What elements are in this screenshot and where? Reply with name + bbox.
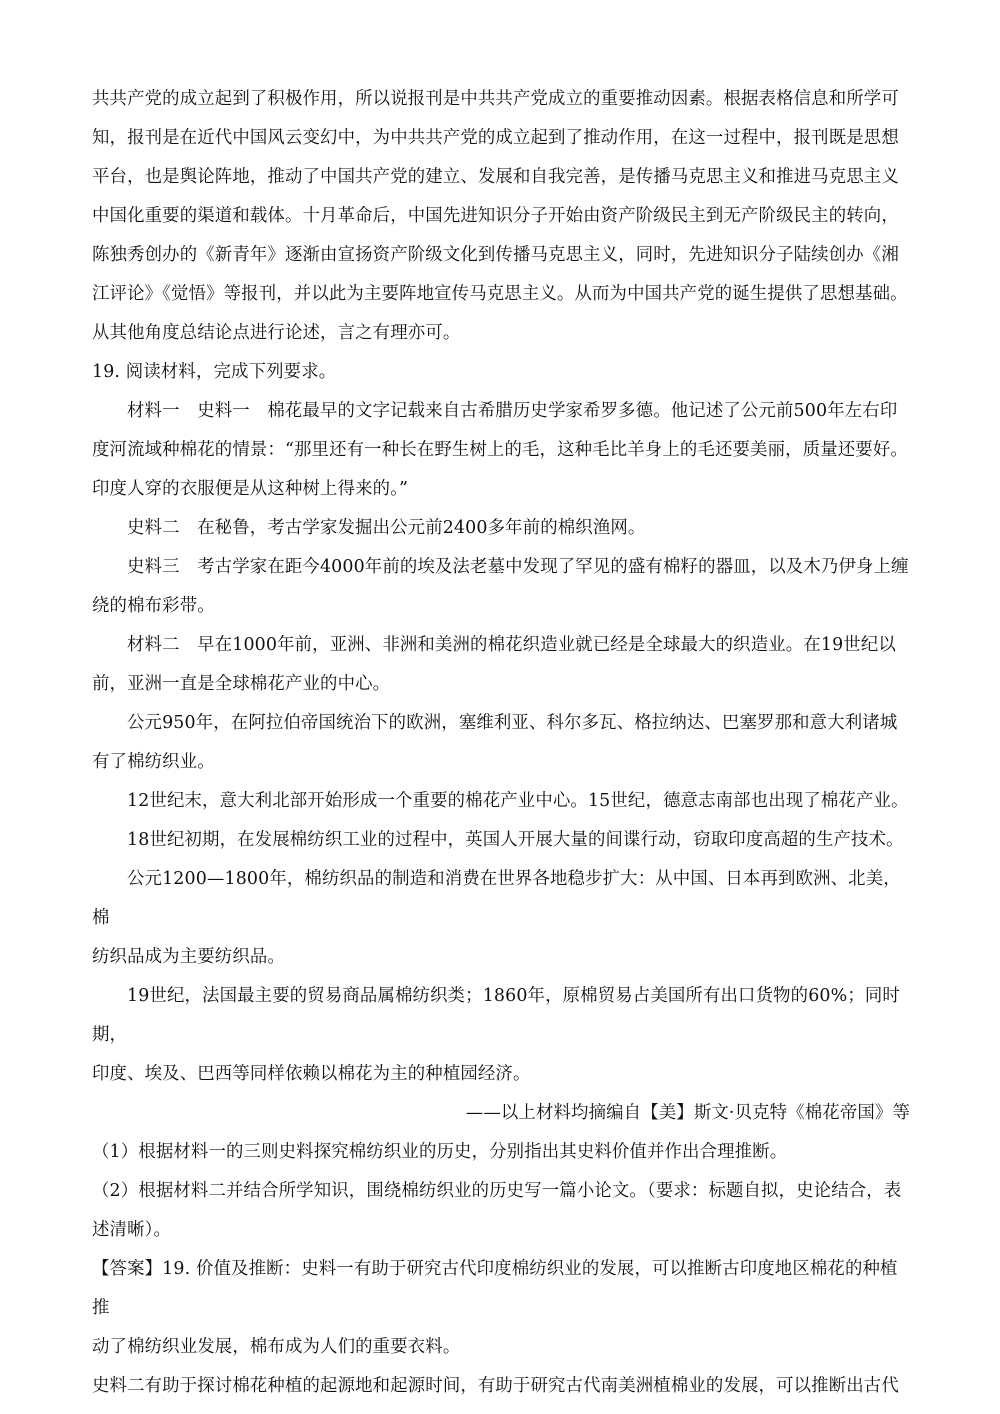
material-two: 材料二 早在1000年前，亚洲、非洲和美洲的棉花织造业就已经是全球最大的织造业。…	[92, 626, 910, 1094]
answer-tag: 【答案】	[92, 1259, 162, 1279]
material-two-para1-line: 前，亚洲一直是全球棉花产业的中心。	[92, 665, 910, 704]
material-two-para5-line: 公元1200—1800年，棉纺织品的制造和消费在世界各地稳步扩大：从中国、日本再…	[92, 860, 910, 938]
answer-line: 史料二有助于探讨棉花种植的起源地和起源时间，有助于研究古代南美洲植棉业的发展，可…	[92, 1367, 910, 1406]
material-one-source3-line: 史料三 考古学家在距今4000年前的埃及法老墓中发现了罕见的盛有棉籽的器皿，以及…	[92, 548, 910, 587]
material-one: 材料一 史料一 棉花最早的文字记载来自古希腊历史学家希罗多德。他记述了公元前50…	[92, 392, 910, 626]
material-two-para2-line: 有了棉纺织业。	[92, 743, 910, 782]
material-one-source1-line: 度河流域种棉花的情景：“那里还有一种长在野生树上的毛，这种毛比羊身上的毛还要美丽…	[92, 431, 910, 470]
requirement-2-line: （2）根据材料二并结合所学知识，围绕棉纺织业的历史写一篇小论文。（要求：标题自拟…	[92, 1172, 910, 1211]
requirement-1: （1）根据材料一的三则史料探究棉纺织业的历史，分别指出其史料价值并作出合理推断。	[92, 1133, 910, 1172]
material-one-source1-line: 印度人穿的衣服便是从这种树上得来的。”	[92, 470, 910, 509]
requirement-2-line: 述清晰）。	[92, 1211, 910, 1250]
answer-section: 【答案】19. 价值及推断：史料一有助于研究古代印度棉纺织业的发展，可以推断古印…	[92, 1250, 910, 1406]
question-title: 19. 阅读材料，完成下列要求。	[92, 353, 910, 392]
material-one-source2: 史料二 在秘鲁，考古学家发掘出公元前2400多年前的棉织渔网。	[92, 509, 910, 548]
text-line: 平台，也是舆论阵地，推动了中国共产党的建立、发展和自我完善，是传播马克思主义和推…	[92, 158, 910, 197]
document-page: 共共产党的成立起到了积极作用，所以说报刊是中共共产党成立的重要推动因素。根据表格…	[92, 80, 910, 1406]
text-line: 江评论》《觉悟》等报刊，并以此为主要阵地宣传马克思主义。从而为中国共产党的诞生提…	[92, 275, 910, 314]
text-line: 从其他角度总结论点进行论述，言之有理亦可。	[92, 314, 910, 353]
material-one-source3-line: 绕的棉布彩带。	[92, 587, 910, 626]
material-two-para1-line: 材料二 早在1000年前，亚洲、非洲和美洲的棉花织造业就已经是全球最大的织造业。…	[92, 626, 910, 665]
previous-answer-continuation: 共共产党的成立起到了积极作用，所以说报刊是中共共产党成立的重要推动因素。根据表格…	[92, 80, 910, 353]
material-two-para3: 12世纪末，意大利北部开始形成一个重要的棉花产业中心。15世纪，德意志南部也出现…	[92, 782, 910, 821]
text-line: 知，报刊是在近代中国风云变幻中，为中共共产党的成立起到了推动作用，在这一过程中，…	[92, 119, 910, 158]
material-one-source1-line: 材料一 史料一 棉花最早的文字记载来自古希腊历史学家希罗多德。他记述了公元前50…	[92, 392, 910, 431]
text-line: 中国化重要的渠道和载体。十月革命后，中国先进知识分子开始由资产阶级民主到无产阶级…	[92, 197, 910, 236]
source-attribution: ——以上材料均摘编自【美】斯文·贝克特《棉花帝国》等	[92, 1094, 910, 1133]
text-line: 共共产党的成立起到了积极作用，所以说报刊是中共共产党成立的重要推动因素。根据表格…	[92, 80, 910, 119]
answer-line: 动了棉纺织业发展，棉布成为人们的重要衣料。	[92, 1328, 910, 1367]
material-two-para6-line: 印度、埃及、巴西等同样依赖以棉花为主的种植园经济。	[92, 1055, 910, 1094]
material-two-para2-line: 公元950年，在阿拉伯帝国统治下的欧洲，塞维利亚、科尔多瓦、格拉纳达、巴塞罗那和…	[92, 704, 910, 743]
text-line: 陈独秀创办的《新青年》逐渐由宣扬资产阶级文化到传播马克思主义，同时，先进知识分子…	[92, 236, 910, 275]
answer-text: 19. 价值及推断：史料一有助于研究古代印度棉纺织业的发展，可以推断古印度地区棉…	[92, 1259, 898, 1318]
material-two-para5-line: 纺织品成为主要纺织品。	[92, 938, 910, 977]
answer-line: 【答案】19. 价值及推断：史料一有助于研究古代印度棉纺织业的发展，可以推断古印…	[92, 1250, 910, 1328]
material-two-para4: 18世纪初期，在发展棉纺织工业的过程中，英国人开展大量的间谍行动，窃取印度高超的…	[92, 821, 910, 860]
material-two-para6-line: 19世纪，法国最主要的贸易商品属棉纺织类；1860年，原棉贸易占美国所有出口货物…	[92, 977, 910, 1055]
